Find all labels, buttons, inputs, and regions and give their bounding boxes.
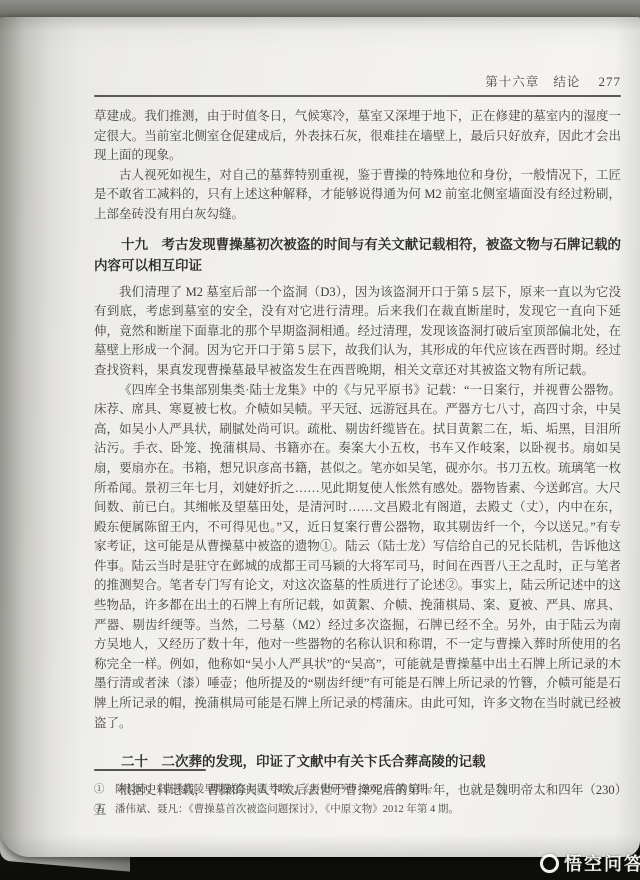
footnote-1: ① 陈长琦：《曹操高陵早期被盗问题考略》，《历史研究》2012 年第 6 期。 [94,780,621,800]
paragraph: 《四库全书集部别集类·陆士龙集》中的《与兄平原书》记载：“一日案行，并视曹公器物… [94,381,621,734]
section-title: 结论 [553,75,580,89]
watermark: 悟空问答 [540,850,640,876]
section-heading-19: 十九 考古发现曹操墓初次被盗的时间与有关文献记载相符，被盗文物与石牌记载的内容可… [94,234,621,276]
body-text-column: 草建成。我们推测，由于时值冬日，气候寒冷，墓室又深埋于地下，正在修建的墓室内的湿… [94,107,621,820]
page-number: 277 [599,74,622,89]
paragraph: 我们清理了 M2 墓室后部一个盗洞（D3），因为该盗洞开口于第 5 层下，原来一… [94,283,621,381]
paragraph: 古人视死如视生，对自己的墓葬特别重视，鉴于曹操的特殊地位和身份，一般情况下，工匠… [94,166,621,225]
book-page: 第十六章 结论 277 草建成。我们推测，由于时值冬日，气候寒冷，墓室又深埋于地… [0,17,640,857]
watermark-circle-logo-icon [540,854,559,873]
header-rule [94,95,621,97]
watermark-label: 悟空问答 [564,850,640,876]
running-head: 第十六章 结论 277 [94,72,621,90]
footnote-2: ② 潘伟斌、聂凡：《曹操墓首次被盗问题探讨》，《中原文物》2012 年第 4 期… [94,800,621,820]
footnotes: ① 陈长琦：《曹操高陵早期被盗问题考略》，《历史研究》2012 年第 6 期。 … [94,769,621,820]
chapter-title: 第十六章 [485,75,539,89]
footnote-rule [94,769,206,771]
scanned-photo-background: 第十六章 结论 277 草建成。我们推测，由于时值冬日，气候寒冷，墓室又深埋于地… [0,0,640,880]
paragraph-continuation: 草建成。我们推测，由于时值冬日，气候寒冷，墓室又深埋于地下，正在修建的墓室内的湿… [94,107,621,166]
